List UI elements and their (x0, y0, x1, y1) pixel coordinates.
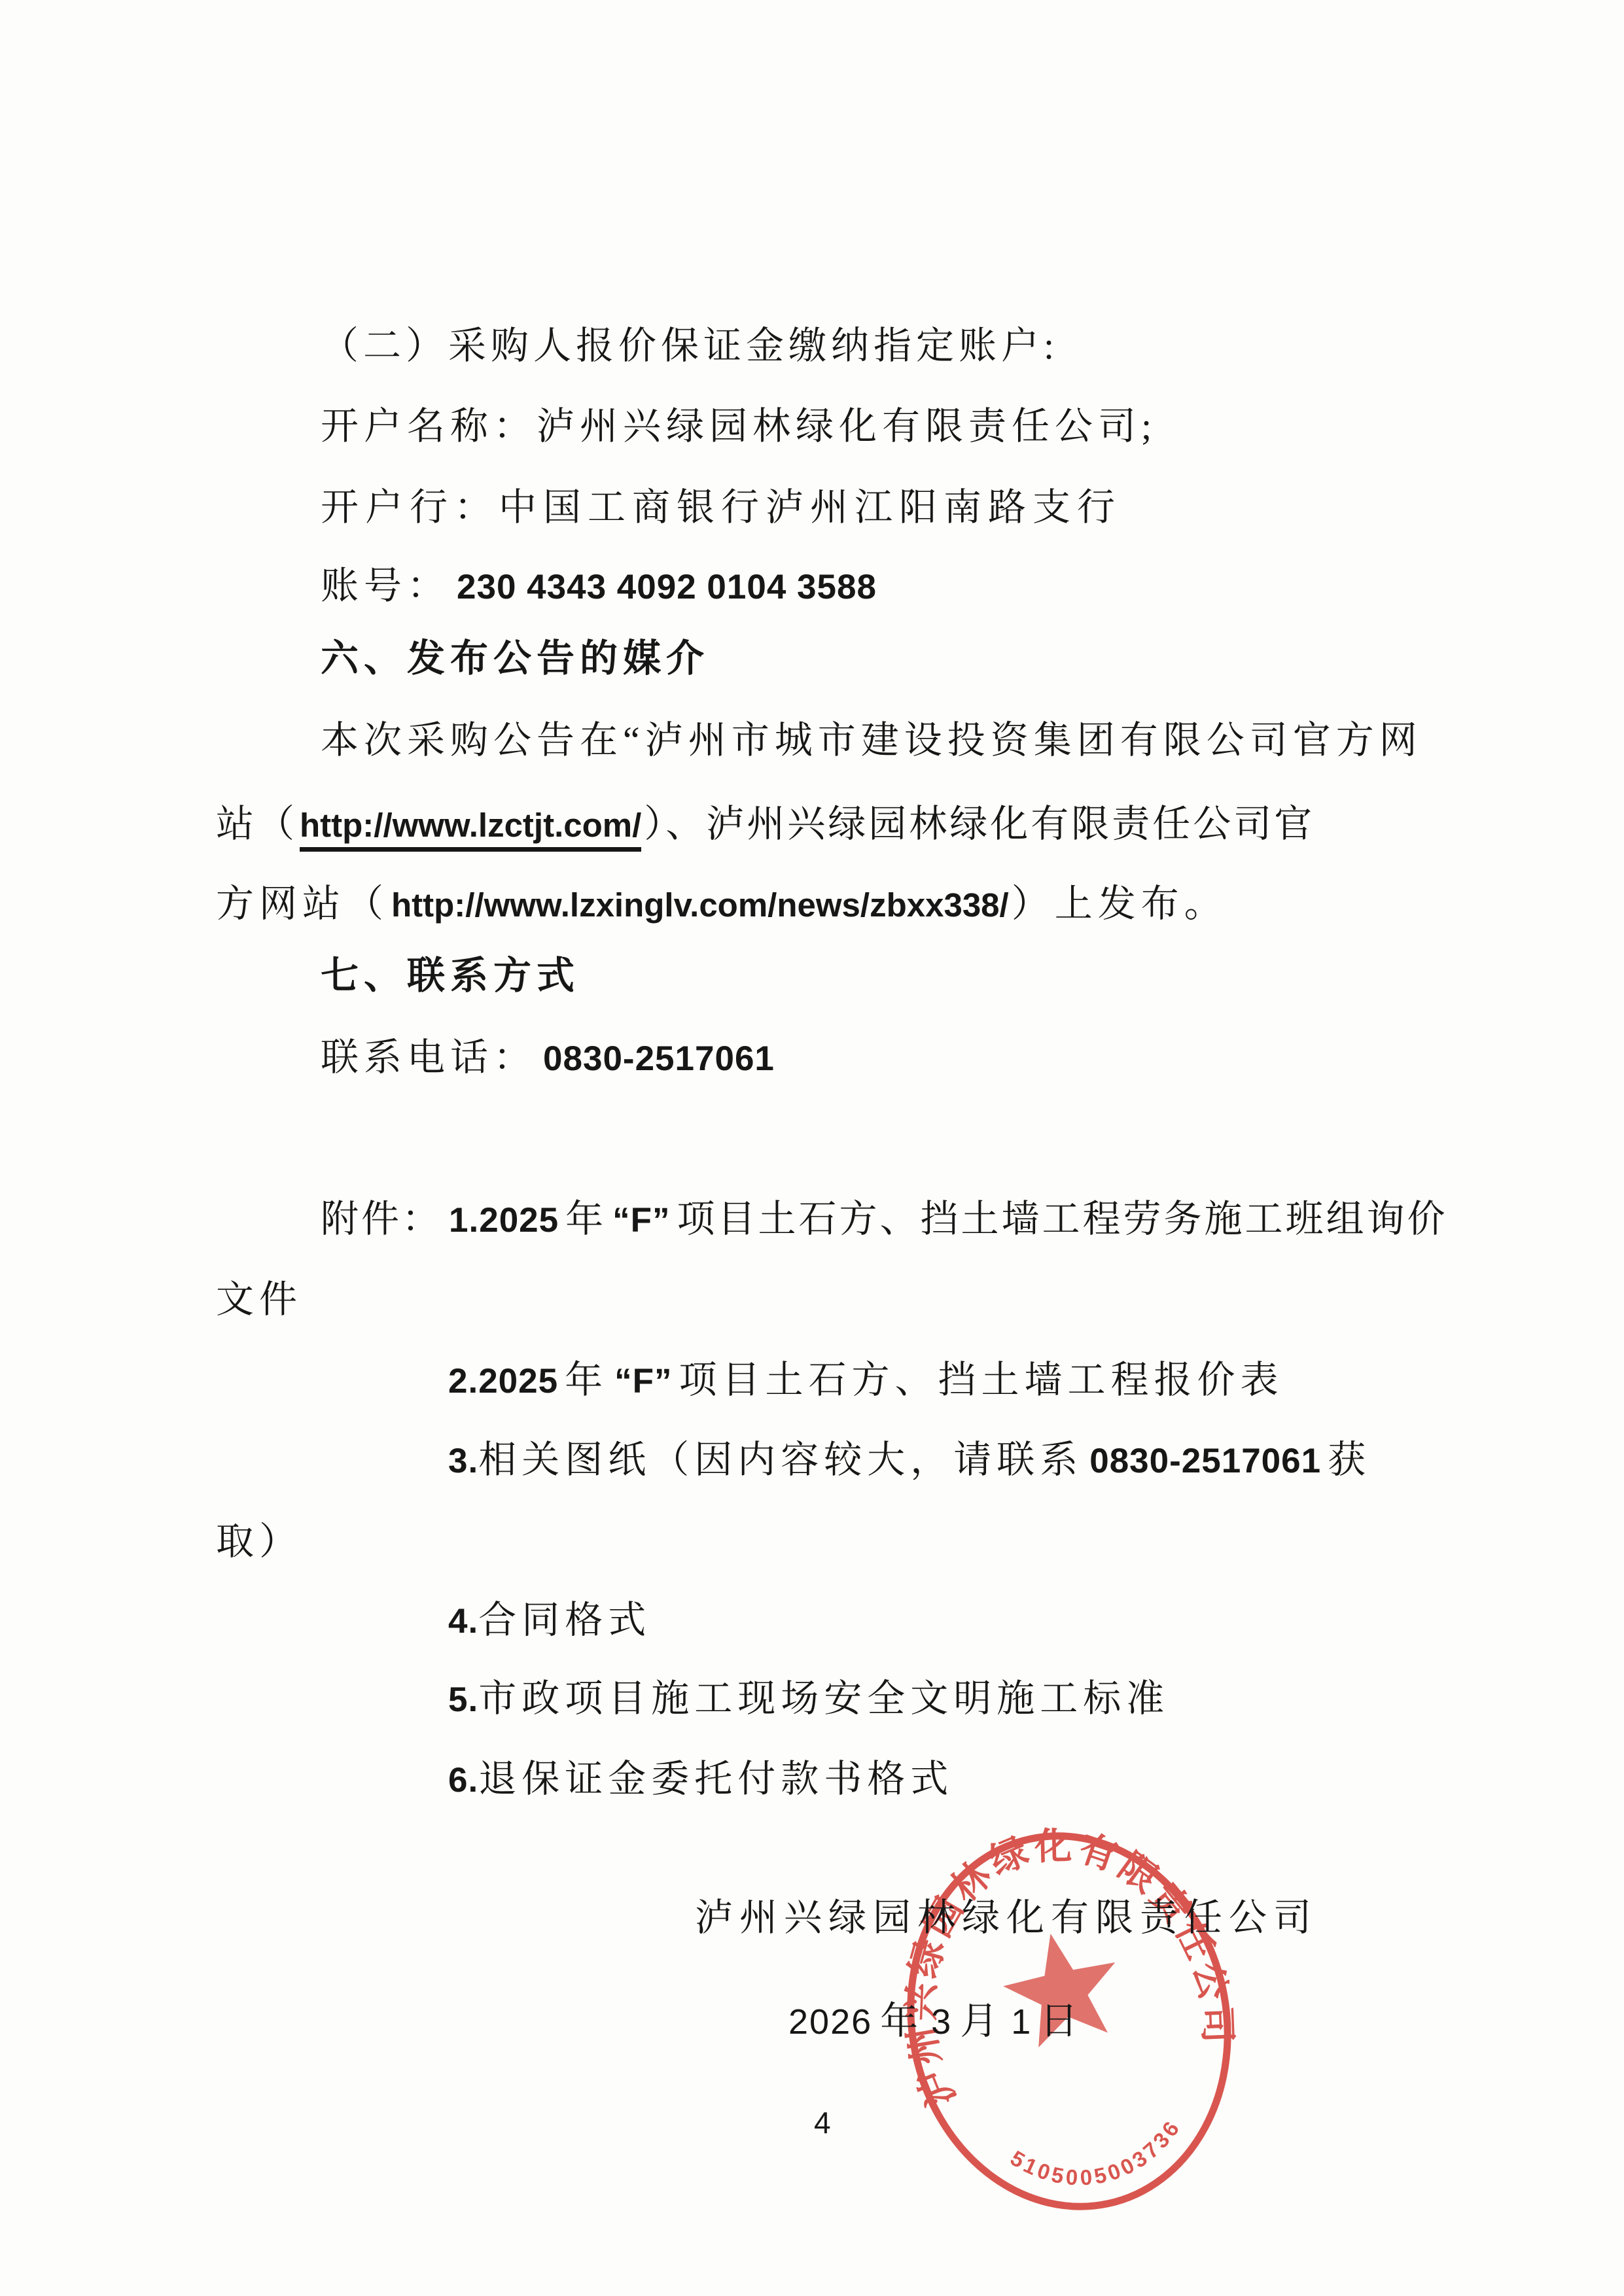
seal-number-text: 5105005003736 (1002, 2111, 1193, 2206)
account-number-line: 账号：230 4343 4092 0104 3588 (321, 565, 883, 608)
attachment-3-text-pre: 相关图纸（因内容较大，请联系 (478, 1438, 1083, 1481)
media-line3-pre: 方网站（ (216, 882, 389, 925)
attachment-1-text: 项目土石方、挡土墙工程劳务施工班组询价 (677, 1198, 1448, 1240)
attachment-2-f: “F” (614, 1362, 672, 1400)
phone-label: 联系电话： (321, 1036, 537, 1079)
attachment-item-3: 3.相关图纸（因内容较大，请联系0830-2517061获 (448, 1439, 1371, 1482)
date-day: 1 (1011, 2002, 1032, 2042)
attachment-6-number: 6. (448, 1761, 478, 1800)
page-number: 4 (814, 2105, 831, 2140)
contact-phone-line: 联系电话：0830-2517061 (321, 1037, 781, 1079)
attachment-3-phone: 0830-2517061 (1089, 1442, 1321, 1480)
attachment-2-text: 项目土石方、挡土墙工程报价表 (679, 1359, 1284, 1401)
attachment-item-1-wrap: 文件 (216, 1279, 302, 1321)
attachment-item-2: 2.2025年“F”项目土石方、挡土墙工程报价表 (448, 1359, 1284, 1402)
account-name-line: 开户名称：泸州兴绿园林绿化有限责任公司; (321, 406, 1157, 448)
date-day-unit: 日 (1040, 2000, 1083, 2042)
attachment-item-4: 4.合同格式 (448, 1599, 651, 1642)
media-line2-pre: 站（ (216, 803, 297, 845)
section-heading-media: 六、发布公告的媒介 (321, 638, 709, 680)
attachments-label: 附件： (321, 1198, 442, 1240)
account-number-label: 账号： (321, 565, 450, 607)
date-year-unit: 年 (880, 2000, 923, 2042)
phone-value: 0830-2517061 (543, 1039, 775, 1078)
section-heading-contact: 七、联系方式 (321, 955, 580, 998)
signature-date: 2026年3月1日 (788, 2000, 1083, 2043)
bank-line: 开户行：中国工商银行泸州江阳南路支行 (321, 487, 1121, 529)
signature-company: 泸州兴绿园林绿化有限责任公司 (695, 1897, 1318, 1939)
attachment-3-number: 3. (448, 1442, 478, 1480)
attachment-2-number: 2.2025 (448, 1362, 558, 1400)
media-paragraph-line2: 站（http://www.lzctjt.com/）、泸州兴绿园林绿化有限责任公司… (216, 803, 1315, 846)
attachment-item-1: 附件：1.2025年“F”项目土石方、挡土墙工程劳务施工班组询价 (321, 1198, 1448, 1241)
media-paragraph-line3: 方网站（http://www.lzxinglv.com/news/zbxx338… (216, 883, 1227, 926)
date-month-unit: 月 (960, 2000, 1003, 2042)
attachment-2-unit: 年 (565, 1359, 608, 1401)
attachment-5-text: 市政项目施工现场安全文明施工标准 (478, 1677, 1169, 1720)
attachment-5-number: 5. (448, 1680, 478, 1719)
date-year: 2026 (788, 2002, 872, 2042)
media-line2-post: ）、泸州兴绿园林绿化有限责任公司官 (644, 803, 1315, 845)
attachment-item-3-wrap: 取） (216, 1521, 302, 1563)
attachment-item-5: 5.市政项目施工现场安全文明施工标准 (448, 1678, 1169, 1720)
attachment-1-number: 1.2025 (449, 1201, 559, 1240)
subheading-account: （二）采购人报价保证金缴纳指定账户: (321, 325, 1059, 368)
attachment-3-text-post: 获 (1328, 1438, 1371, 1481)
url-lzxinglv: http://www.lzxinglv.com/news/zbxx338/ (391, 886, 1009, 924)
document-page: （二）采购人报价保证金缴纳指定账户: 开户名称：泸州兴绿园林绿化有限责任公司; … (0, 0, 1624, 2296)
attachment-4-text: 合同格式 (478, 1599, 651, 1641)
url-lzctjt: http://www.lzctjt.com/ (300, 807, 641, 852)
account-number-value: 230 4343 4092 0104 3588 (457, 568, 877, 606)
attachment-1-unit: 年 (565, 1198, 606, 1240)
attachment-1-f: “F” (612, 1201, 670, 1240)
date-month: 3 (931, 2002, 952, 2042)
media-line3-post: ）上发布。 (1012, 882, 1227, 925)
attachment-4-number: 4. (448, 1602, 478, 1641)
media-paragraph-line1: 本次采购公告在“泸州市城市建设投资集团有限公司官方网 (321, 720, 1422, 762)
